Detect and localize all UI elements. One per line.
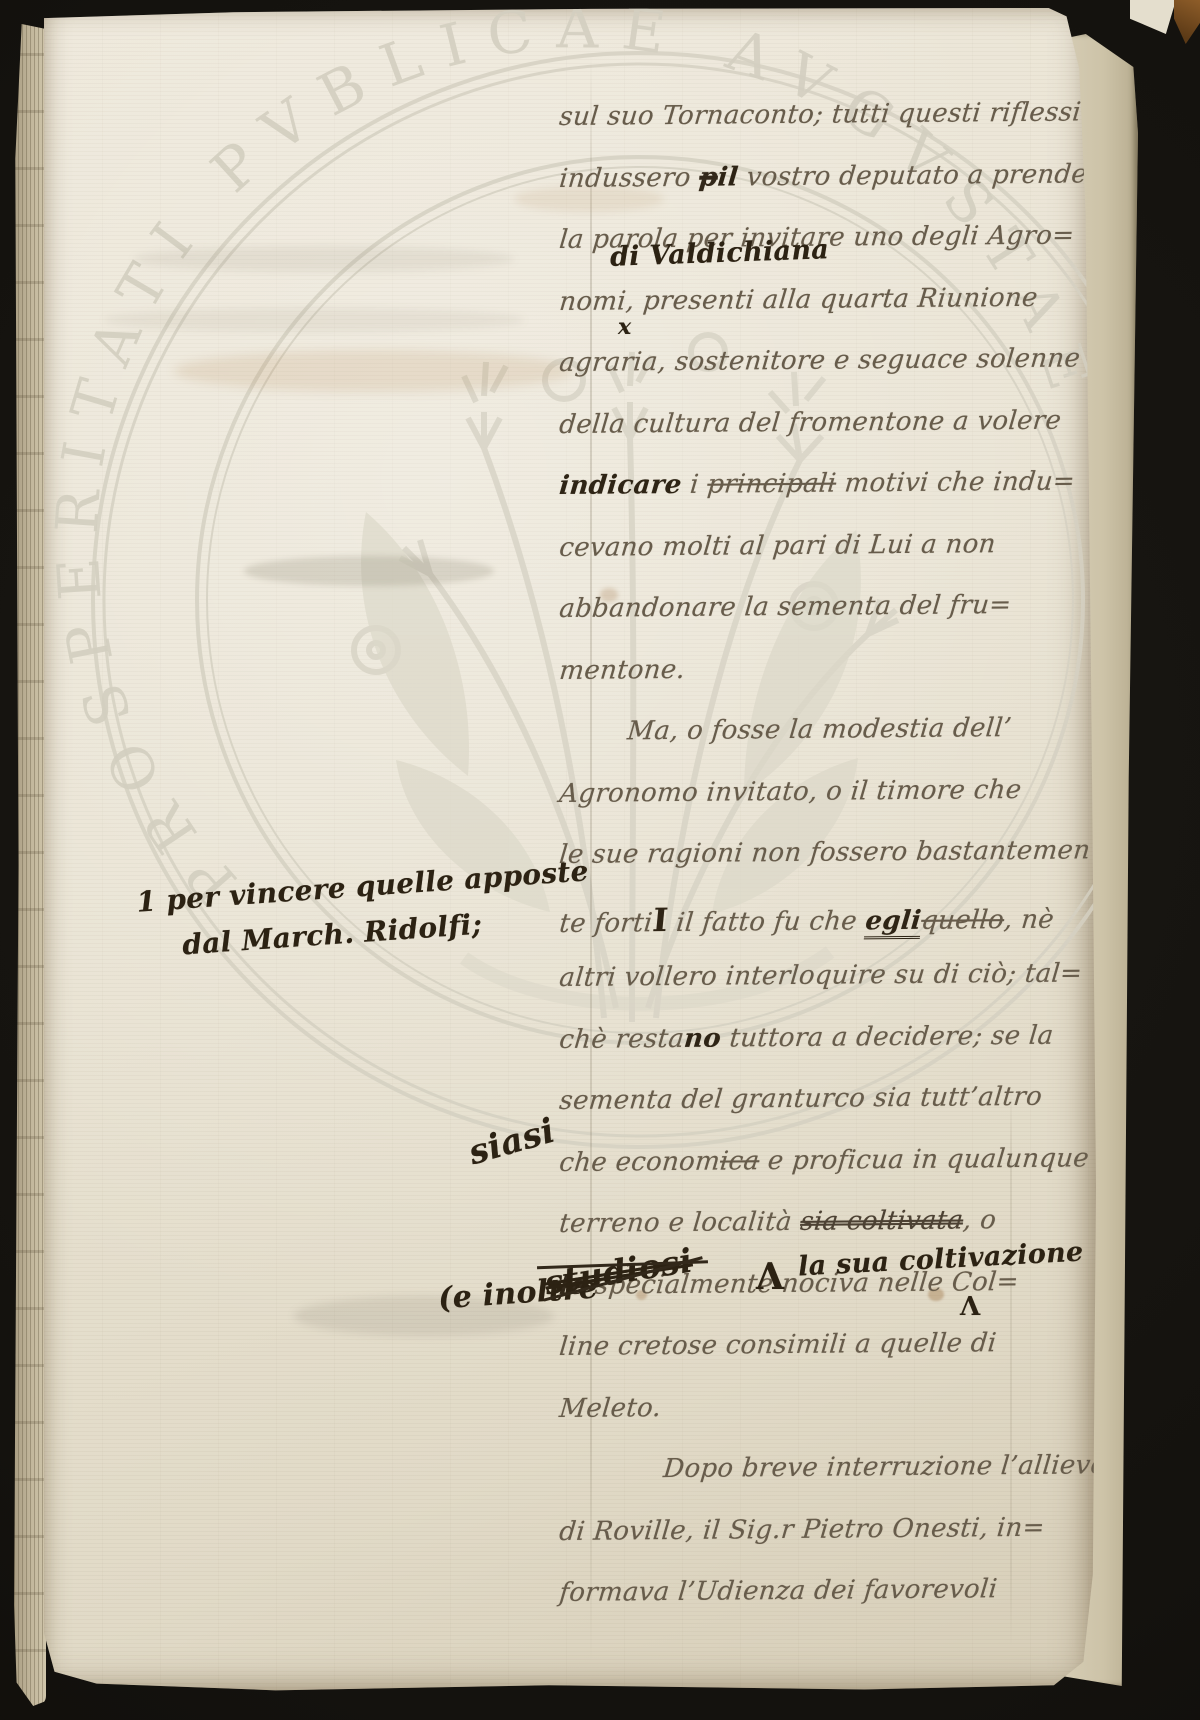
text-segment-egli: egli — [864, 905, 923, 939]
margin-correction-siasi: siasi — [464, 1111, 559, 1174]
caret-mark: Λ — [756, 1256, 784, 1298]
text-segment: nomi, presenti alla quarta Riunione — [558, 282, 1039, 316]
text-segment: della cultura del fromentone a volere — [558, 405, 1063, 439]
ink-bleedthrough — [134, 246, 514, 272]
ink-bleedthrough — [244, 556, 494, 586]
text-segment-strike: principali — [706, 469, 838, 500]
manuscript-line: di Roville, il Sig.r Pietro Onesti, in= — [558, 1512, 1046, 1546]
text-segment: il fatto fu che — [666, 906, 867, 938]
text-segment: Meleto. — [558, 1393, 663, 1424]
manuscript-line: chè restano tuttora a decidere; se la — [558, 1020, 1055, 1054]
text-segment: , o — [962, 1205, 998, 1235]
text-segment: vostro deputato a prendere — [737, 159, 1096, 192]
manuscript-line: indussero pil vostro deputato a prendere — [558, 159, 1096, 194]
manuscript-line: mentone. — [558, 654, 687, 685]
text-segment: te forti — [558, 908, 654, 939]
text-segment: Dopo breve interruzione l’allievo — [662, 1450, 1096, 1484]
text-segment-strike: quello — [920, 905, 1006, 936]
manuscript-line: line cretose consimili a quelle di — [558, 1328, 998, 1362]
insertion-anchor-mark: x — [618, 314, 631, 340]
text-segment: , nè — [1003, 904, 1056, 934]
text-segment: terreno e località — [558, 1207, 802, 1239]
manuscript-line: agraria, sostenitore e seguace solenne — [558, 343, 1082, 378]
text-segment: abbandonare la sementa del fru= — [558, 590, 1013, 624]
text-segment: le sue ragioni non fossero bastantemen — [558, 835, 1092, 870]
manuscript-scan: PROSPERITATI PVBLICAE AVGVSTAE — [0, 0, 1200, 1720]
ink-bleedthrough — [174, 350, 574, 392]
manuscript-line: formava l’Udienza dei favorevoli — [558, 1574, 999, 1608]
manuscript-line: le sue ragioni non fossero bastantemen — [558, 835, 1092, 870]
binding-corner-fragment — [1174, 0, 1200, 44]
caret-mark: Λ — [960, 1292, 980, 1322]
text-segment-strike-heavy: sia coltivata — [799, 1205, 965, 1236]
text-segment: indussero — [558, 162, 701, 193]
manuscript-line: che economica e proficua in qualunque — [558, 1143, 1090, 1178]
manuscript-line: sementa del granturco sia tutt’altro — [558, 1082, 1044, 1116]
text-segment: line cretose consimili a quelle di — [558, 1328, 998, 1362]
text-segment-dark: no — [683, 1023, 723, 1053]
text-segment: tuttora a decidere; se la — [720, 1020, 1055, 1053]
manuscript-line: sul suo Tornaconto; tutti questi rifless… — [558, 97, 1082, 132]
manuscript-line: nomi, presenti alla quarta Riunione — [558, 282, 1039, 316]
text-segment: e proficua in qualunque — [758, 1143, 1091, 1176]
text-segment: altri vollero interloquire su di ciò; ta… — [558, 958, 1084, 993]
manuscript-line: della cultura del fromentone a volere — [558, 405, 1063, 439]
manuscript-line: Agronomo invitato, o il timore che — [558, 774, 1023, 808]
text-segment: chè resta — [558, 1023, 686, 1054]
manuscript-line: te fortiI il fatto fu che egliquello, nè — [558, 897, 1056, 939]
manuscript-line: Ma, o fosse la modestia dell’ — [558, 713, 1013, 747]
text-segment: di Roville, il Sig.r Pietro Onesti, in= — [558, 1512, 1046, 1546]
text-segment: i — [680, 470, 709, 500]
margin-note-line-2: dal March. Ridolfi; — [181, 908, 483, 962]
margin-note-line-1: 1 per vincere quelle apposte — [135, 854, 589, 919]
manuscript-line: cevano molti al pari di Lui a non — [558, 529, 997, 563]
text-segment: motivi che indu= — [835, 466, 1077, 498]
manuscript-line: indicare i principali motivi che indu= — [558, 466, 1076, 501]
book-page-stack-edge — [14, 24, 46, 1706]
text-segment-dark: indicare — [558, 470, 683, 501]
manuscript-line: Dopo breve interruzione l’allievo — [558, 1450, 1096, 1485]
manuscript-page: PROSPERITATI PVBLICAE AVGVSTAE — [44, 8, 1096, 1692]
manuscript-line: terreno e località sia coltivata, o — [558, 1205, 998, 1239]
next-page-corner — [1130, 0, 1176, 34]
text-segment: formava l’Udienza dei favorevoli — [558, 1574, 999, 1608]
manuscript-line: altri vollero interloquire su di ciò; ta… — [558, 958, 1084, 993]
manuscript-lines: sul suo Tornaconto; tutti questi rifless… — [558, 102, 1096, 1662]
manuscript-line: Meleto. — [558, 1393, 663, 1424]
text-segment: sul suo Tornaconto; tutti questi rifless… — [558, 97, 1082, 132]
manuscript-line: abbandonare la sementa del fru= — [558, 590, 1013, 624]
text-segment: che econom — [558, 1146, 722, 1177]
text-segment-strike: ica — [719, 1146, 761, 1176]
text-segment: cevano molti al pari di Lui a non — [558, 529, 997, 563]
text-segment: agraria, sostenitore e seguace solenne — [558, 343, 1082, 378]
ink-bleedthrough — [104, 308, 524, 332]
text-segment: Agronomo invitato, o il timore che — [558, 774, 1023, 808]
text-segment: Ma, o fosse la modestia dell’ — [626, 713, 1013, 746]
text-segment: mentone. — [558, 654, 687, 685]
text-segment: sementa del granturco sia tutt’altro — [558, 1082, 1044, 1116]
